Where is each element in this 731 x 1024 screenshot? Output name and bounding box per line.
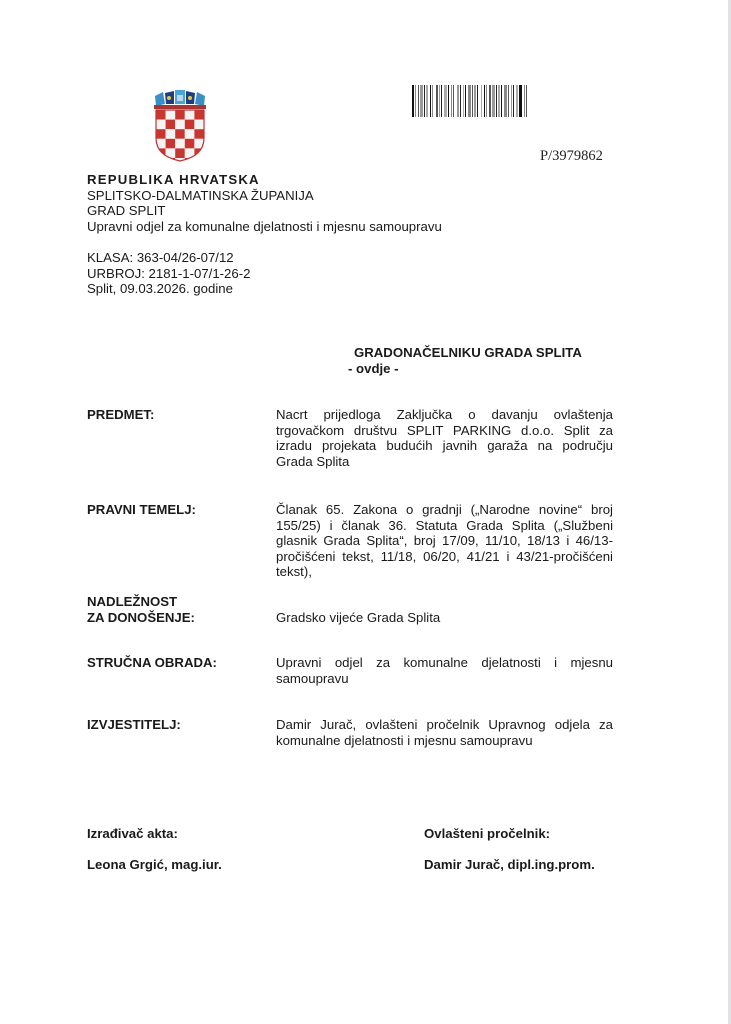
klasa: KLASA: 363-04/26-07/12 xyxy=(87,250,250,266)
field-label: PREDMET: xyxy=(87,407,267,423)
letterhead: REPUBLIKA HRVATSKA SPLITSKO-DALMATINSKA … xyxy=(87,172,442,234)
county-name: SPLITSKO-DALMATINSKA ŽUPANIJA xyxy=(87,188,442,204)
addressee-sub: - ovdje - xyxy=(348,361,582,377)
barcode-icon xyxy=(412,85,638,117)
field-value: Gradsko vijeće Grada Splita xyxy=(276,610,613,626)
croatian-coat-of-arms-icon xyxy=(152,90,208,162)
drafter-name: Leona Grgić, mag.iur. xyxy=(87,857,222,872)
field-value: Članak 65. Zakona o gradnji („Narodne no… xyxy=(276,502,613,580)
field-label: IZVJESTITELJ: xyxy=(87,717,267,733)
date-line: Split, 09.03.2026. godine xyxy=(87,281,250,297)
country-name: REPUBLIKA HRVATSKA xyxy=(87,172,442,188)
department-name: Upravni odjel za komunalne djelatnosti i… xyxy=(87,219,442,235)
field-label-line1: NADLEŽNOST xyxy=(87,594,267,610)
urbroj: URBROJ: 2181-1-07/1-26-2 xyxy=(87,266,250,282)
field-label: NADLEŽNOST ZA DONOŠENJE: xyxy=(87,594,267,625)
field-label-line2: ZA DONOŠENJE: xyxy=(87,610,267,626)
field-label: PRAVNI TEMELJ: xyxy=(87,502,267,518)
head-title: Ovlašteni pročelnik: xyxy=(424,826,550,841)
field-value: Upravni odjel za komunalne djelatnosti i… xyxy=(276,655,613,686)
drafter-title: Izrađivač akta: xyxy=(87,826,178,841)
head-name: Damir Jurač, dipl.ing.prom. xyxy=(424,857,595,872)
addressee: GRADONAČELNIKU GRADA SPLITA - ovdje - xyxy=(354,345,582,376)
field-value: Nacrt prijedloga Zaključka o davanju ovl… xyxy=(276,407,613,469)
addressee-name: GRADONAČELNIKU GRADA SPLITA xyxy=(354,345,582,361)
reference-block: KLASA: 363-04/26-07/12 URBROJ: 2181-1-07… xyxy=(87,250,250,297)
document-number: P/3979862 xyxy=(540,148,603,165)
field-value: Damir Jurač, ovlašteni pročelnik Upravno… xyxy=(276,717,613,748)
city-name: GRAD SPLIT xyxy=(87,203,442,219)
field-label: STRUČNA OBRADA: xyxy=(87,655,267,671)
